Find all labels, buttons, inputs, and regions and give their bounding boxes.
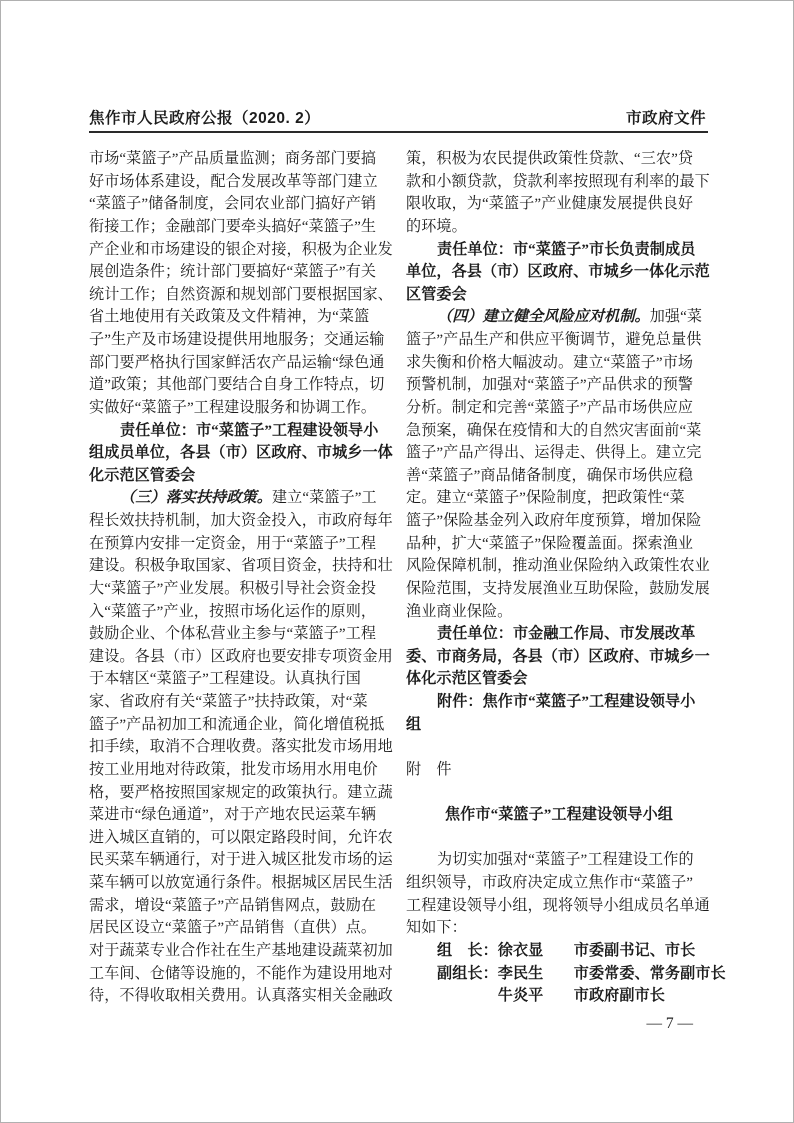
- text-line: （四）建立健全风险应对机制。加强“菜: [406, 306, 712, 329]
- text-line: 道”政策；其他部门要结合自身工作特点，切: [89, 374, 395, 397]
- text-line: 的环境。: [406, 216, 712, 239]
- text-line: 家、省政府有关“菜篮子”扶持政策，对“菜: [89, 691, 395, 714]
- blank-line: [406, 736, 712, 759]
- text-line: 需求，增设“菜篮子”产品销售网点，鼓励在: [89, 895, 395, 918]
- text-line: 组 长：徐衣显 市委副书记、市长: [406, 940, 712, 963]
- text-line: 委、市商务局，各县（市）区政府、市城乡一: [406, 646, 712, 669]
- text-line: 责任单位：市“菜篮子”市长负责制成员: [406, 239, 712, 262]
- text-line: 待，不得收取相关费用。认真落实相关金融政: [89, 985, 395, 1008]
- text-line: 附件：焦作市“菜篮子”工程建设领导小: [406, 691, 712, 714]
- running-head-gazette-title: 焦作市人民政府公报（2020. 2）: [89, 106, 320, 128]
- page-number: — 7 —: [647, 1015, 694, 1033]
- text-line: 部门要严格执行国家鲜活农产品运输“绿色通: [89, 352, 395, 375]
- text-line: 牛炎平 市政府副市长: [406, 985, 712, 1008]
- text-line: “菜篮子”储备制度，会同农业部门搞好产销: [89, 193, 395, 216]
- text-line: 省土地使用有关政策及文件精神，为“菜篮: [89, 306, 395, 329]
- text-line: 于本辖区“菜篮子”工程建设。认真执行国: [89, 668, 395, 691]
- text-line: 格，要严格按照国家规定的政策执行。建立蔬: [89, 782, 395, 805]
- text-line: 程长效扶持机制，加大资金投入，市政府每年: [89, 510, 395, 533]
- text-line: 扣手续，取消不合理收费。落实批发市场用地: [89, 736, 395, 759]
- section-heading: （四）建立健全风险应对机制。: [437, 309, 650, 325]
- text-line: 展创造条件；统计部门要搞好“菜篮子”有关: [89, 261, 395, 284]
- text-line: 组成员单位，各县（市）区政府、市城乡一体: [89, 442, 395, 465]
- text-line: 知如下：: [406, 917, 712, 940]
- text-line: 衔接工作；金融部门要牵头搞好“菜篮子”生: [89, 216, 395, 239]
- text-line: 款和小额贷款，贷款利率按照现有利率的最下: [406, 171, 712, 194]
- text-line: 副组长：李民生 市委常委、常务副市长: [406, 963, 712, 986]
- text-run: 加强“菜: [650, 309, 702, 325]
- text-line: 篮子”产品生产和供应平衡调节，避免总量供: [406, 329, 712, 352]
- text-line: （三）落实扶持政策。建立“菜篮子”工: [89, 487, 395, 510]
- text-line: 子”生产及市场建设提供用地服务；交通运输: [89, 329, 395, 352]
- blank-line: [406, 782, 712, 805]
- text-line: 市场“菜篮子”产品质量监测；商务部门要搞: [89, 148, 395, 171]
- text-line: 篮子”产品产得出、运得走、供得上。建立完: [406, 442, 712, 465]
- text-line: 求失衡和价格大幅波动。建立“菜篮子”市场: [406, 352, 712, 375]
- text-line: 菜进市“绿色通道”，对于产地农民运菜车辆: [89, 804, 395, 827]
- text-line: 善“菜篮子”商品储备制度，确保市场供应稳: [406, 465, 712, 488]
- text-line: 产企业和市场建设的银企对接，积极为企业发: [89, 239, 395, 262]
- text-line: 焦作市“菜篮子”工程建设领导小组: [406, 804, 712, 827]
- text-line: 分析。制定和完善“菜篮子”产品市场供应应: [406, 397, 712, 420]
- text-line: 品种，扩大“菜篮子”保险覆盖面。探索渔业: [406, 533, 712, 556]
- blank-line: [406, 827, 712, 850]
- text-line: 责任单位：市“菜篮子”工程建设领导小: [89, 420, 395, 443]
- header-rule: [89, 131, 708, 133]
- document-column-left: 市场“菜篮子”产品质量监测；商务部门要搞好市场体系建设，配合发展改革等部门建立“…: [89, 148, 395, 1008]
- text-line: 急预案，确保在疫情和大的自然灾害面前“菜: [406, 420, 712, 443]
- text-line: 策，积极为农民提供政策性贷款、“三农”贷: [406, 148, 712, 171]
- document-column-right: 策，积极为农民提供政策性贷款、“三农”贷款和小额贷款，贷款利率按照现有利率的最下…: [406, 148, 712, 1008]
- text-line: 居民区设立“菜篮子”产品销售（直供）点。: [89, 917, 395, 940]
- text-line: 工程建设领导小组，现将领导小组成员名单通: [406, 895, 712, 918]
- text-line: 入“菜篮子”产业，按照市场化运作的原则，: [89, 601, 395, 624]
- text-line: 责任单位：市金融工作局、市发展改革: [406, 623, 712, 646]
- text-line: 民买菜车辆通行，对于进入城区批发市场的运: [89, 849, 395, 872]
- running-head-section-title: 市政府文件: [626, 106, 706, 128]
- text-line: 区管委会: [406, 284, 712, 307]
- text-line: 鼓励企业、个体私营业主参与“菜篮子”工程: [89, 623, 395, 646]
- text-line: 体化示范区管委会: [406, 668, 712, 691]
- text-line: 按工业用地对待政策，批发市场用水用电价: [89, 759, 395, 782]
- text-line: 篮子”产品初加工和流通企业，简化增值税抵: [89, 714, 395, 737]
- text-line: 工车间、仓储等设施的，不能作为建设用地对: [89, 963, 395, 986]
- text-line: 好市场体系建设，配合发展改革等部门建立: [89, 171, 395, 194]
- text-line: 风险保障机制，推动渔业保险纳入政策性农业: [406, 555, 712, 578]
- text-line: 实做好“菜篮子”工程建设服务和协调工作。: [89, 397, 395, 420]
- text-line: 组织领导，市政府决定成立焦作市“菜篮子”: [406, 872, 712, 895]
- text-line: 渔业商业保险。: [406, 601, 712, 624]
- text-run: 建立“菜篮子”工: [272, 490, 377, 506]
- text-line: 进入城区直销的，可以限定路段时间，允许农: [89, 827, 395, 850]
- text-line: 为切实加强对“菜篮子”工程建设工作的: [406, 849, 712, 872]
- text-line: 单位，各县（市）区政府、市城乡一体化示范: [406, 261, 712, 284]
- section-heading: （三）落实扶持政策。: [120, 490, 272, 506]
- text-line: 定。建立“菜篮子”保险制度，把政策性“菜: [406, 487, 712, 510]
- text-line: 附 件: [406, 759, 712, 782]
- text-line: 建设。积极争取国家、省项目资金，扶持和壮: [89, 555, 395, 578]
- text-line: 大“菜篮子”产业发展。积极引导社会资金投: [89, 578, 395, 601]
- text-line: 限收取，为“菜篮子”产业健康发展提供良好: [406, 193, 712, 216]
- text-line: 建设。各县（市）区政府也要安排专项资金用: [89, 646, 395, 669]
- text-line: 保险范围，支持发展渔业互助保险，鼓励发展: [406, 578, 712, 601]
- text-line: 在预算内安排一定资金，用于“菜篮子”工程: [89, 533, 395, 556]
- text-line: 菜车辆可以放宽通行条件。根据城区居民生活: [89, 872, 395, 895]
- text-line: 篮子”保险基金列入政府年度预算，增加保险: [406, 510, 712, 533]
- text-line: 对于蔬菜专业合作社在生产基地建设蔬菜初加: [89, 940, 395, 963]
- text-line: 预警机制，加强对“菜篮子”产品供求的预警: [406, 374, 712, 397]
- text-line: 化示范区管委会: [89, 465, 395, 488]
- text-line: 统计工作；自然资源和规划部门要根据国家、: [89, 284, 395, 307]
- gazette-page: 焦作市人民政府公报（2020. 2） 市政府文件 市场“菜篮子”产品质量监测；商…: [0, 0, 794, 1123]
- text-line: 组: [406, 714, 712, 737]
